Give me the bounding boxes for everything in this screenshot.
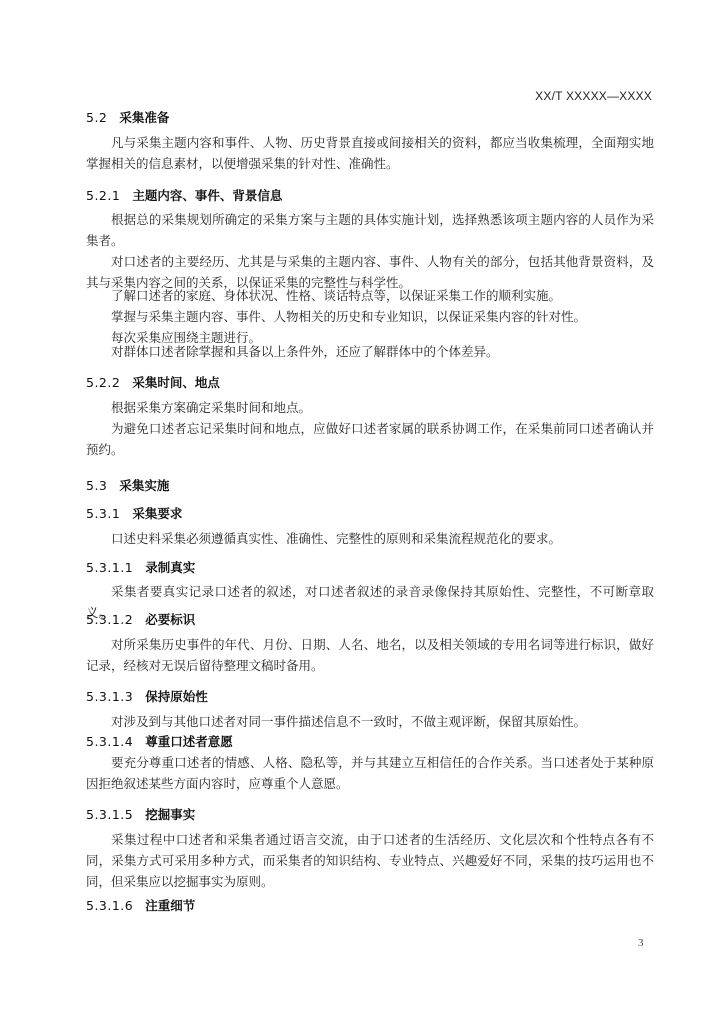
- paragraph: 对群体口述者除掌握和具备以上条件外，还应了解群体中的个体差异。: [86, 341, 654, 362]
- section-heading-s5_3_1_2: 5.3.1.2必要标识: [86, 610, 195, 630]
- paragraph: 根据采集方案确定采集时间和地点。: [86, 397, 654, 418]
- section-heading-s5_2_1: 5.2.1主题内容、事件、背景信息: [86, 186, 282, 206]
- section-number: 5.3.1.6: [86, 898, 133, 913]
- section-title: 尊重口述者意愿: [145, 734, 233, 749]
- section-heading-s5_3_1_6: 5.3.1.6注重细节: [86, 896, 195, 916]
- section-title: 采集要求: [132, 506, 182, 521]
- section-number: 5.2.1: [86, 188, 120, 203]
- section-title: 必要标识: [145, 612, 195, 627]
- paragraph: 口述史料采集必须遵循真实性、准确性、完整性的原则和采集流程规范化的要求。: [86, 528, 654, 549]
- section-number: 5.3: [86, 478, 107, 493]
- paragraph: 要充分尊重口述者的情感、人格、隐私等，并与其建立互相信任的合作关系。当口述者处于…: [86, 752, 654, 794]
- section-title: 保持原始性: [145, 689, 208, 704]
- section-title: 注重细节: [145, 898, 195, 913]
- section-heading-s5_3_1_3: 5.3.1.3保持原始性: [86, 687, 208, 707]
- section-number: 5.2: [86, 110, 107, 125]
- paragraph: 采集过程中口述者和采集者通过语言交流，由于口述者的生活经历、文化层次和个性特点各…: [86, 829, 654, 892]
- page-number: 3: [638, 937, 644, 949]
- section-title: 主题内容、事件、背景信息: [132, 188, 282, 203]
- paragraph: 根据总的采集规划所确定的采集方案与主题的具体实施计划，选择熟悉该项主题内容的人员…: [86, 209, 654, 251]
- section-heading-s5_3_1_5: 5.3.1.5挖掘事实: [86, 805, 195, 825]
- section-number: 5.3.1.4: [86, 734, 133, 749]
- section-heading-s5_3_1: 5.3.1采集要求: [86, 504, 182, 524]
- section-heading-s5_2: 5.2采集准备: [86, 108, 169, 128]
- paragraph: 对涉及到与其他口述者对同一事件描述信息不一致时，不做主观评断，保留其原始性。: [86, 711, 654, 732]
- section-number: 5.3.1.2: [86, 612, 133, 627]
- section-title: 采集实施: [119, 478, 169, 493]
- paragraph: 掌握与采集主题内容、事件、人物相关的历史和专业知识，以保证采集内容的针对性。: [86, 306, 654, 327]
- paragraph: 为避免口述者忘记采集时间和地点，应做好口述者家属的联系协调工作，在采集前同口述者…: [86, 418, 654, 460]
- section-title: 录制真实: [145, 560, 195, 575]
- paragraph: 了解口述者的家庭、身体状况、性格、谈话特点等，以保证采集工作的顺利实施。: [86, 285, 654, 306]
- section-heading-s5_2_2: 5.2.2采集时间、地点: [86, 373, 220, 393]
- section-number: 5.3.1.3: [86, 689, 133, 704]
- paragraph: 凡与采集主题内容和事件、人物、历史背景直接或间接相关的资料，都应当收集梳理，全面…: [86, 132, 654, 174]
- section-heading-s5_3: 5.3采集实施: [86, 476, 169, 496]
- section-title: 挖掘事实: [145, 807, 195, 822]
- section-heading-s5_3_1_4: 5.3.1.4尊重口述者意愿: [86, 732, 233, 752]
- section-number: 5.2.2: [86, 375, 120, 390]
- section-heading-s5_3_1_1: 5.3.1.1录制真实: [86, 558, 195, 578]
- section-title: 采集时间、地点: [132, 375, 220, 390]
- section-title: 采集准备: [119, 110, 169, 125]
- section-number: 5.3.1.1: [86, 560, 133, 575]
- document-code-header: XX/T XXXXX—XXXX: [535, 89, 652, 103]
- section-number: 5.3.1: [86, 506, 120, 521]
- paragraph: 对所采集历史事件的年代、月份、日期、人名、地名，以及相关领域的专用名词等进行标识…: [86, 634, 654, 676]
- section-number: 5.3.1.5: [86, 807, 133, 822]
